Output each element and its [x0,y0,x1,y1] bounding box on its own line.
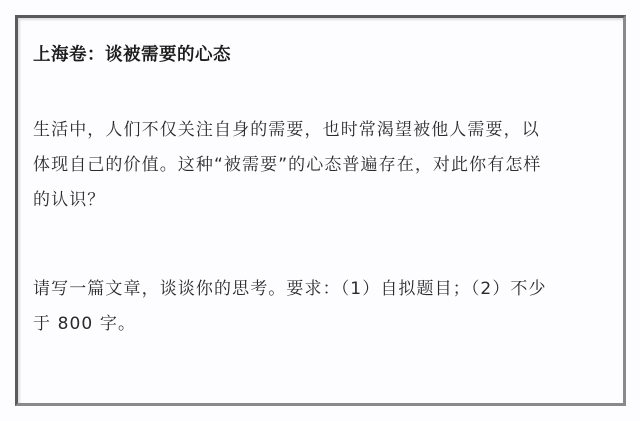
paragraph-line: 于 800 字。 [33,307,593,342]
prompt-paragraph-1: 生活中，人们不仅关注自身的需要，也时常渴望被他人需要，以 体现自己的价值。这种“… [33,113,593,218]
prompt-paragraph-2: 请写一篇文章，谈谈你的思考。要求：（1）自拟题目；（2）不少 于 800 字。 [33,272,593,342]
paragraph-line: 生活中，人们不仅关注自身的需要，也时常渴望被他人需要，以 [33,113,593,148]
paragraph-line: 请写一篇文章，谈谈你的思考。要求：（1）自拟题目；（2）不少 [33,272,593,307]
paragraph-line: 体现自己的价值。这种“被需要”的心态普遍存在，对此你有怎样 [33,148,593,183]
paragraph-line: 的认识？ [33,183,593,218]
prompt-title: 上海卷：谈被需要的心态 [33,41,231,66]
